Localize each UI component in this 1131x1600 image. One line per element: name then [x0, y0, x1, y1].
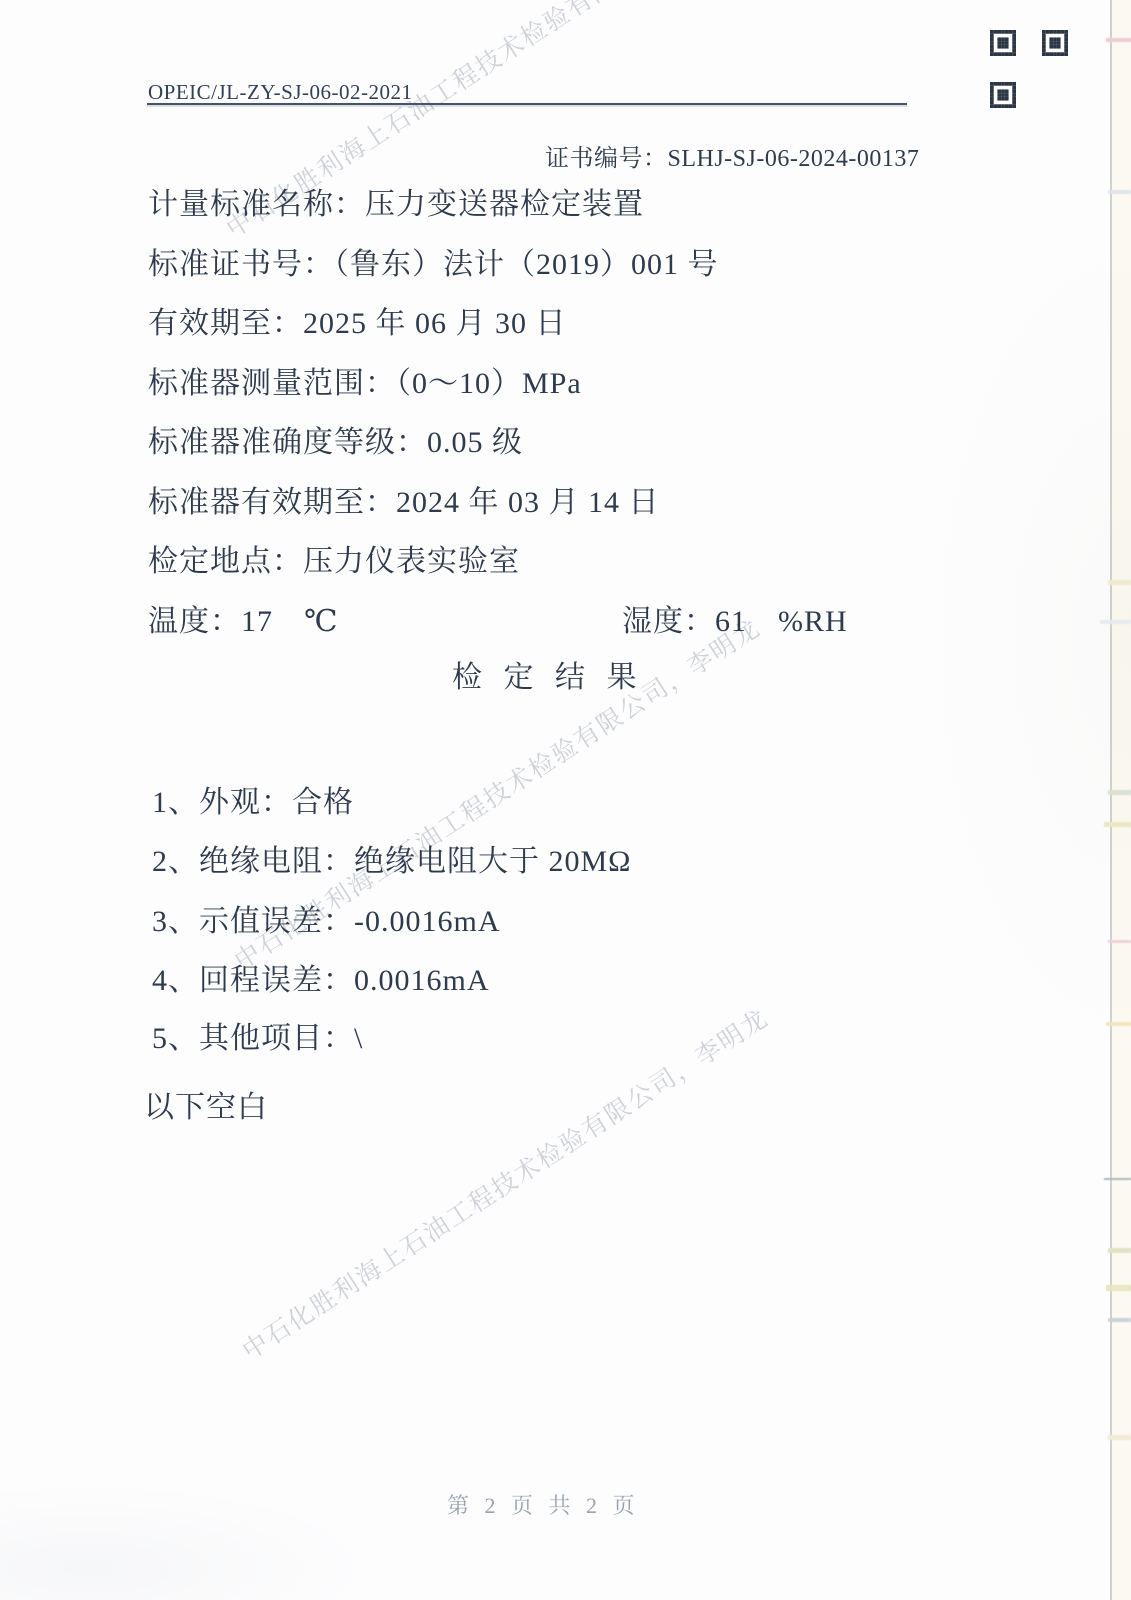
temperature-value: 温度：17 ℃ [148, 596, 339, 640]
qr-code-icon [990, 30, 1068, 108]
info-line-valid-until: 有效期至：2025 年 06 月 30 日 [148, 298, 567, 342]
info-line-standard-valid-until: 标准器有效期至：2024 年 03 月 14 日 [148, 477, 660, 521]
info-line-standard-name: 计量标准名称：压力变送器检定装置 [148, 179, 644, 223]
result-item-insulation: 2、绝缘电阻：绝缘电阻大于 20MΩ [152, 836, 631, 880]
humidity-value: 湿度：61 %RH [622, 596, 848, 640]
results-title: 检 定 结 果 [452, 652, 644, 696]
result-item-other: 5、其他项目：\ [152, 1013, 363, 1057]
result-item-indication-error: 3、示值误差：-0.0016mA [152, 896, 501, 940]
document-code: OPEIC/JL-ZY-SJ-06-02-2021 [148, 80, 413, 105]
result-item-appearance: 1、外观：合格 [152, 777, 354, 821]
result-item-hysteresis-error: 4、回程误差：0.0016mA [152, 955, 490, 999]
page-number-indicator: 第 2 页 共 2 页 [447, 1489, 640, 1520]
info-line-measure-range: 标准器测量范围：（0～10）MPa [148, 358, 582, 402]
scanned-certificate-page: 中石化胜利海上石油工程技术检验有限公司，李明龙 中石化胜利海上石油工程技术检验有… [0, 0, 1131, 1600]
info-line-verification-location: 检定地点：压力仪表实验室 [148, 536, 520, 580]
scan-page-edge [1110, 0, 1131, 1600]
header-rule [147, 103, 907, 105]
info-line-standard-cert-no: 标准证书号：（鲁东）法计（2019）001 号 [148, 239, 719, 283]
end-of-content-note: 以下空白 [144, 1082, 268, 1126]
info-line-accuracy-class: 标准器准确度等级：0.05 级 [148, 417, 523, 461]
certificate-number: 证书编号：SLHJ-SJ-06-2024-00137 [545, 138, 919, 173]
